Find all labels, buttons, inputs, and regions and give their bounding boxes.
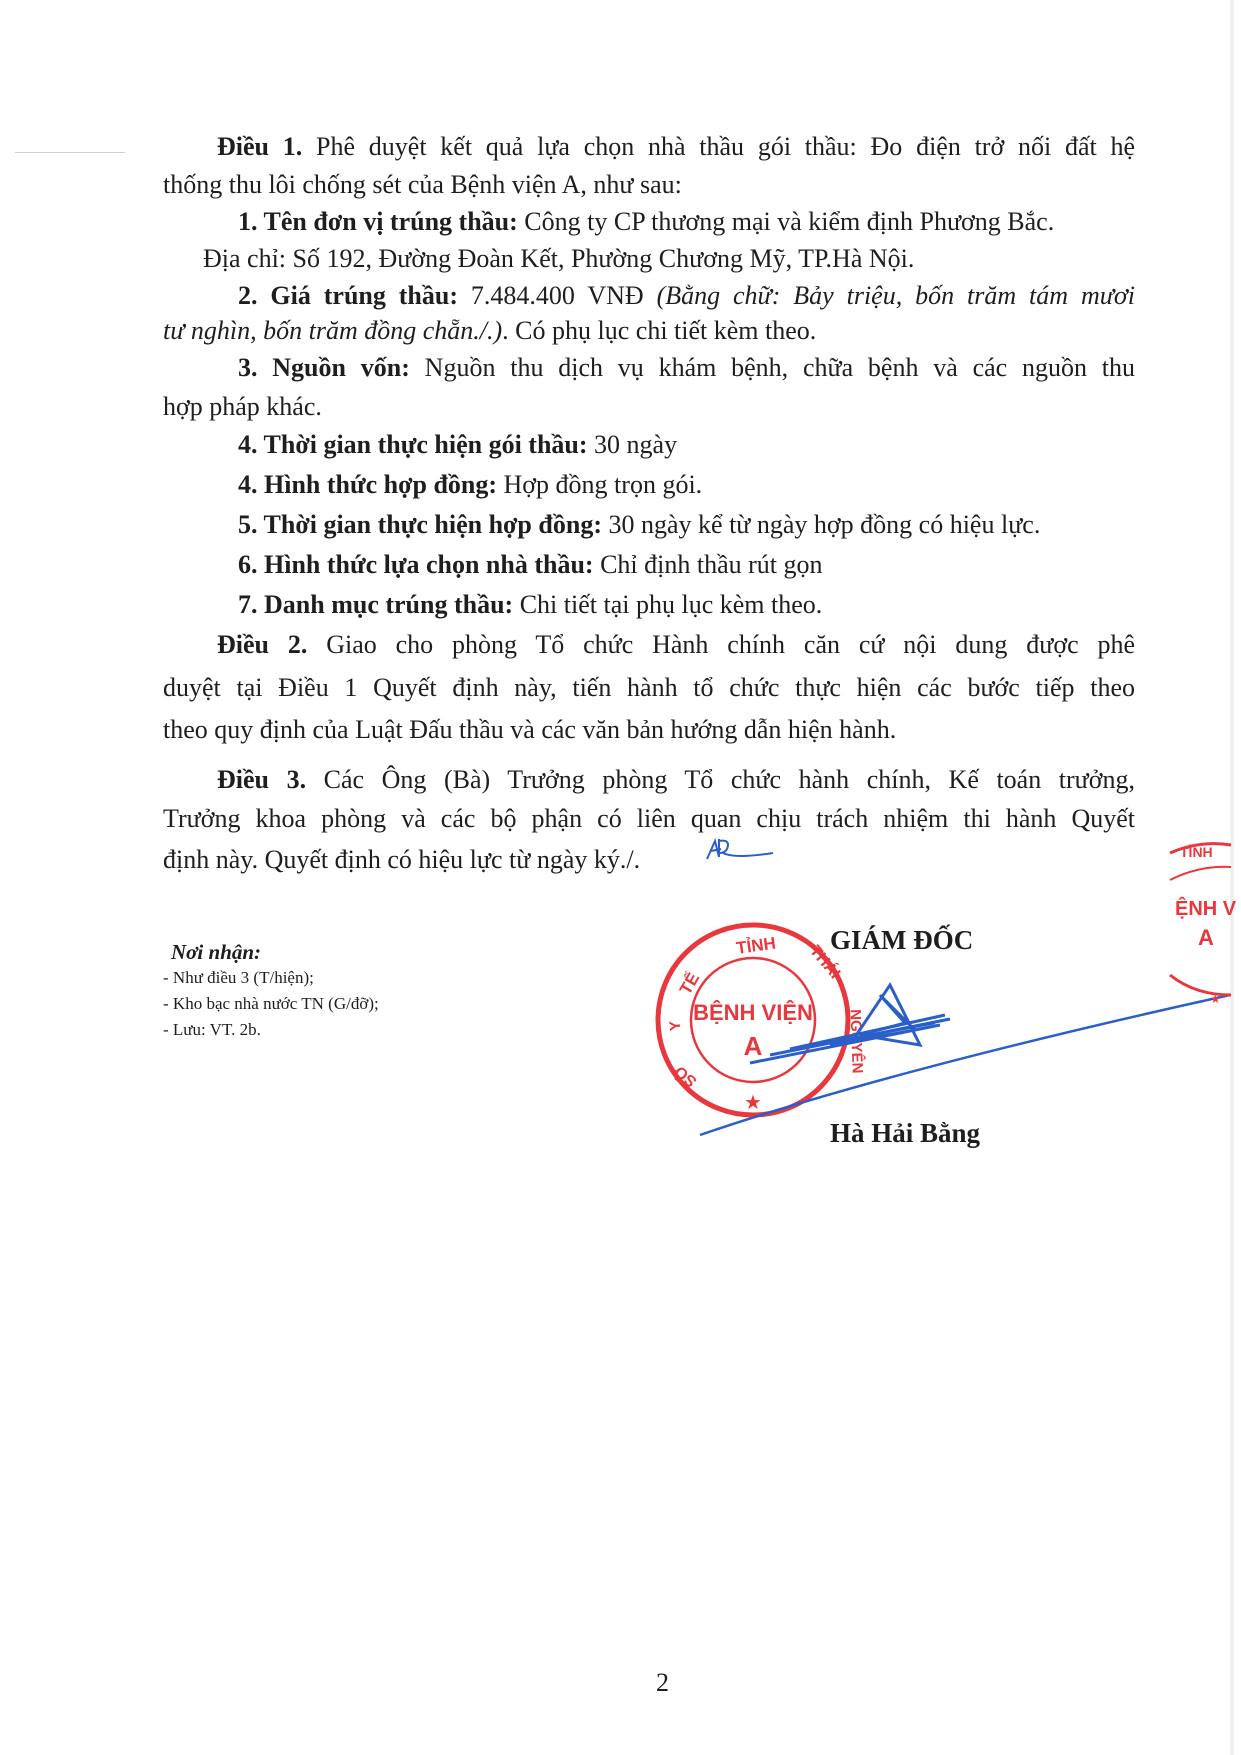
price-note: . Có phụ lục chi tiết kèm theo. — [502, 316, 816, 345]
dieu3-text: Các Ông (Bà) Trưởng phòng Tổ chức hành c… — [306, 765, 1135, 794]
price-in-words-cont: tư nghìn, bốn trăm đồng chẵn./.) — [163, 316, 502, 345]
item-winner-name: 1. Tên đơn vị trúng thầu: Công ty CP thư… — [238, 207, 1135, 237]
svg-text:TỈNH: TỈNH — [1180, 844, 1213, 860]
item-winner-address: Địa chỉ: Số 192, Đường Đoàn Kết, Phường … — [203, 244, 1135, 274]
recipient-item: - Kho bạc nhà nước TN (G/đỡ); — [163, 994, 379, 1014]
edge-partial-stamp: TỈNH ỆNH V A ★ — [1165, 835, 1231, 1005]
dieu2-label: Điều 2. — [217, 630, 307, 659]
dieu2-text: Giao cho phòng Tổ chức Hành chính căn cứ… — [307, 630, 1135, 659]
dieu2-line3: theo quy định của Luật Đấu thầu và các v… — [163, 715, 1135, 745]
price-value: 7.484.400 VNĐ — [458, 281, 657, 310]
dieu3-line1: Điều 3. Các Ông (Bà) Trưởng phòng Tổ chứ… — [217, 765, 1135, 795]
dieu1-text: Phê duyệt kết quả lựa chọn nhà thầu gói … — [302, 132, 1135, 161]
dieu3-text-end: định này. Quyết định có hiệu lực từ ngày… — [163, 845, 640, 874]
dieu3-line3: định này. Quyết định có hiệu lực từ ngày… — [163, 845, 1135, 875]
item-value: Nguồn thu dịch vụ khám bệnh, chữa bệnh v… — [410, 353, 1135, 382]
recipient-item: - Như điều 3 (T/hiện); — [163, 968, 314, 988]
item-label: 6. Hình thức lựa chọn nhà thầu: — [238, 550, 594, 579]
item-label: 4. Hình thức hợp đồng: — [238, 470, 497, 499]
item-funding: 3. Nguồn vốn: Nguồn thu dịch vụ khám bện… — [238, 353, 1135, 383]
item-label: 1. Tên đơn vị trúng thầu: — [238, 207, 518, 236]
item-value: Công ty CP thương mại và kiểm định Phươn… — [518, 207, 1054, 236]
svg-text:★: ★ — [1210, 992, 1221, 1006]
page-number: 2 — [656, 1668, 669, 1698]
svg-text:A: A — [1198, 925, 1214, 950]
item-label: 4. Thời gian thực hiện gói thầu: — [238, 430, 588, 459]
item-contract-type: 4. Hình thức hợp đồng: Hợp đồng trọn gói… — [238, 470, 1135, 500]
svg-text:ỆNH V: ỆNH V — [1175, 896, 1237, 920]
svg-text:TỈNH: TỈNH — [735, 934, 777, 958]
svg-text:Y: Y — [667, 1020, 685, 1031]
dieu3-line2: Trưởng khoa phòng và các bộ phận có liên… — [163, 804, 1135, 834]
dieu2-line2: duyệt tại Điều 1 Quyết định này, tiến hà… — [163, 673, 1135, 703]
item-selection-method: 6. Hình thức lựa chọn nhà thầu: Chỉ định… — [238, 550, 1135, 580]
item-funding-cont: hợp pháp khác. — [163, 392, 1135, 422]
item-price-cont: tư nghìn, bốn trăm đồng chẵn./.). Có phụ… — [163, 316, 1135, 346]
dieu2-line1: Điều 2. Giao cho phòng Tổ chức Hành chín… — [217, 630, 1135, 660]
dieu1-paragraph-line2: thống thu lôi chống sét của Bệnh viện A,… — [163, 170, 1135, 200]
item-value: 30 ngày — [588, 430, 678, 459]
item-contract-duration: 5. Thời gian thực hiện hợp đồng: 30 ngày… — [238, 510, 1135, 540]
price-in-words: (Bằng chữ: Bảy triệu, bốn trăm tám mươi — [657, 281, 1135, 310]
item-price: 2. Giá trúng thầu: 7.484.400 VNĐ (Bằng c… — [238, 281, 1135, 311]
dieu1-paragraph-line1: Điều 1. Phê duyệt kết quả lựa chọn nhà t… — [217, 132, 1135, 162]
recipient-item: - Lưu: VT. 2b. — [163, 1020, 261, 1040]
item-value: 30 ngày kể từ ngày hợp đồng có hiệu lực. — [602, 510, 1040, 539]
item-label: 3. Nguồn vốn: — [238, 353, 410, 382]
item-label: 2. Giá trúng thầu: — [238, 281, 458, 310]
signer-name: Hà Hải Bằng — [830, 1118, 980, 1149]
dieu1-label: Điều 1. — [217, 132, 302, 161]
initials-mark-icon — [705, 835, 775, 865]
item-package-duration: 4. Thời gian thực hiện gói thầu: 30 ngày — [238, 430, 1135, 460]
dieu3-label: Điều 3. — [217, 765, 306, 794]
item-value: Chi tiết tại phụ lục kèm theo. — [513, 590, 822, 619]
item-value: Chỉ định thầu rút gọn — [594, 550, 823, 579]
item-winning-list: 7. Danh mục trúng thầu: Chi tiết tại phụ… — [238, 590, 1135, 620]
item-value: Hợp đồng trọn gói. — [497, 470, 702, 499]
item-label: 5. Thời gian thực hiện hợp đồng: — [238, 510, 602, 539]
recipients-title: Nơi nhận: — [171, 940, 261, 965]
scan-artifact-line — [15, 152, 125, 153]
item-label: 7. Danh mục trúng thầu: — [238, 590, 513, 619]
